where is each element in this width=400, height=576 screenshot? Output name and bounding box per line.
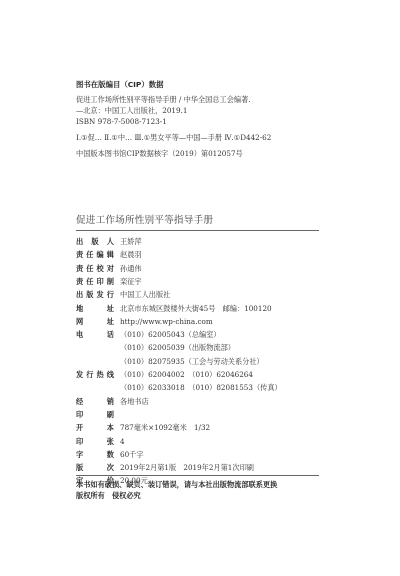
colophon-label: 版次 — [76, 463, 114, 473]
colophon-label: 印刷 — [76, 410, 114, 420]
damage-notice: 本书如有破损、缺页、装订错误，请与本社出版物流部联系更换 — [76, 480, 277, 490]
colophon-label: 地址 — [76, 304, 114, 314]
colophon-label: 发行热线 — [76, 370, 114, 380]
divider — [76, 475, 319, 476]
colophon-label: 出版人 — [76, 237, 114, 247]
cip-line: 中国版本图书馆CIP数据核字（2019）第012057号 — [76, 149, 243, 159]
colophon-value: 赵晨羽 — [120, 250, 142, 260]
colophon-value: 4 — [120, 437, 125, 446]
colophon-label: 网址 — [76, 317, 114, 327]
colophon-value: 孙通伟 — [120, 264, 142, 274]
colophon-value: （010）82075935（工会与劳动关系分社） — [120, 357, 264, 367]
cip-line: —北京：中国工人出版社，2019.1 — [76, 106, 187, 116]
colophon-label: 经销 — [76, 397, 114, 407]
cip-line: 促进工作场所性别平等指导手册 / 中华全国总工会编著. — [76, 95, 251, 105]
colophon-value: 中国工人出版社 — [120, 290, 170, 300]
book-title: 促进工作场所性别平等指导手册 — [76, 212, 213, 226]
cip-heading: 图书在版编目（CIP）数据 — [76, 79, 164, 90]
rights-notice: 版权所有 侵权必究 — [76, 491, 141, 501]
colophon-label: 开本 — [76, 423, 114, 433]
colophon-value: http://www.wp-china.com — [120, 317, 213, 326]
colophon-value: 各地书店 — [120, 397, 149, 407]
cip-line: ISBN 978-7-5008-7123-1 — [76, 117, 167, 126]
colophon-label: 责任校对 — [76, 264, 114, 274]
colophon-value: 60千字 — [120, 450, 144, 460]
colophon-value: 栾征宇 — [120, 277, 142, 287]
colophon-label: 出版发行 — [76, 290, 114, 300]
divider — [76, 230, 319, 231]
colophon-value: （010）62005039（出版物流部） — [120, 343, 235, 353]
colophon-value: （010）62004002 （010）62046264 — [120, 370, 253, 380]
colophon-value: 北京市东城区鼓楼外大街45号 邮编：100120 — [120, 304, 272, 314]
colophon-value: （010）62005043（总编室） — [120, 330, 221, 340]
colophon-label: 责任编辑 — [76, 250, 114, 260]
colophon-label: 责任印制 — [76, 277, 114, 287]
colophon-label: 字数 — [76, 450, 114, 460]
colophon-value: 2019年2月第1版 2019年2月第1次印刷 — [120, 463, 254, 473]
colophon-value: （010）62033018 （010）82081553（传真） — [120, 383, 282, 393]
colophon-value: 787毫米×1092毫米 1/32 — [120, 423, 210, 433]
colophon-label: 电话 — [76, 330, 114, 340]
colophon-value: 王娇萍 — [120, 237, 142, 247]
cip-line: Ⅰ.①促… Ⅱ.①中… Ⅲ.①男女平等—中国—手册 Ⅳ.①D442-62 — [76, 133, 271, 143]
colophon-label: 印张 — [76, 437, 114, 447]
